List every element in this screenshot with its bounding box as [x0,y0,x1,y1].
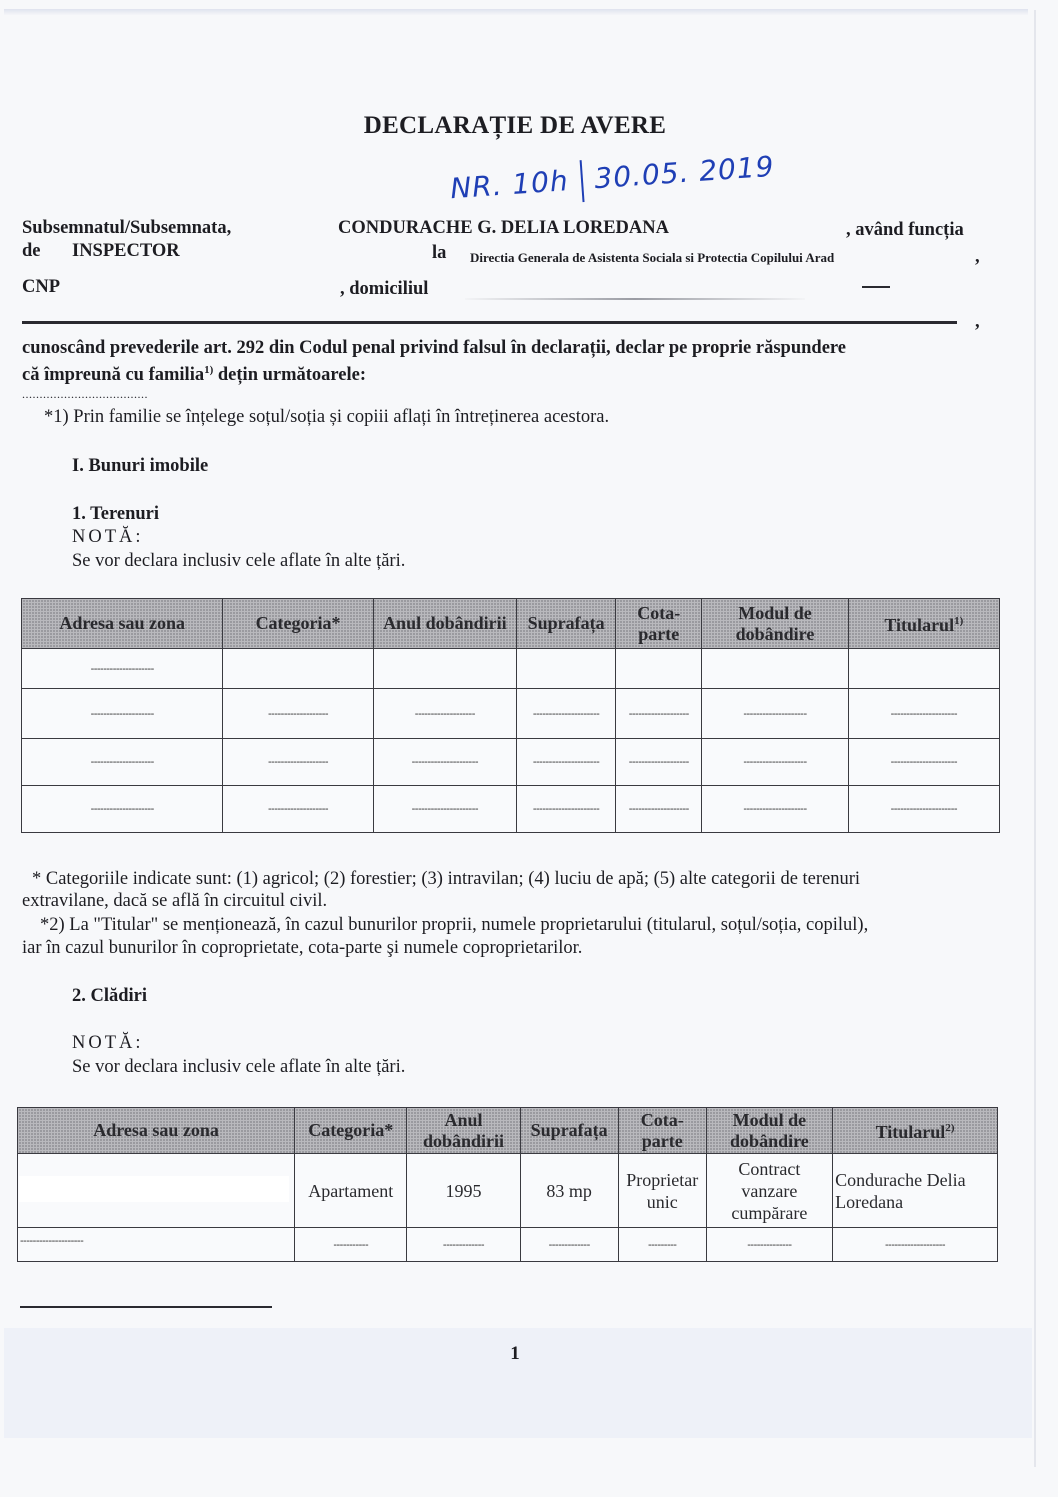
statement-line-1: cunoscând prevederile art. 292 din Codul… [22,337,846,359]
table-cell: -------------------- [22,649,223,689]
note-text: Se vor declara inclusiv cele aflate în a… [72,550,405,572]
col-owner: Titularul2) [833,1108,998,1154]
cell-value: 83 mp [546,1181,592,1201]
table-cell: --------------------- [373,739,516,786]
footnote-categories-cont: extravilane, dacă se află în circuitul c… [22,890,327,912]
function-value: INSPECTOR [72,241,180,262]
cell-value: --------------------- [533,708,599,720]
col-year: Anul dobândirii [407,1108,520,1154]
institution-name: Directia Generala de Asistenta Sociala s… [470,250,834,266]
table-cell: -------------------- [18,1228,295,1262]
cell-value: -------------- [747,1239,791,1251]
table-cell: ------------------- [616,739,702,786]
la-label: la [432,243,446,264]
cell-value: Proprietar unic [626,1170,698,1212]
table-cell: --------------------- [848,739,999,786]
cell-value: --------------------- [412,756,478,768]
cell-value: --------------------- [533,803,599,815]
cell-value: ------------------- [415,708,475,720]
land-table: Adresa sau zona Categoria* Anul dobândir… [21,598,1000,833]
cell-value: 1995 [445,1181,481,1201]
table-cell [848,649,999,689]
footnote-ref: 1) [954,615,963,627]
table-cell: -------------- [706,1228,832,1262]
col-area: Suprafața [516,599,615,649]
cell-value: ------------------- [629,756,689,768]
redacted-address [19,1176,289,1202]
table-cell: --------------------- [516,786,615,833]
cell-value: Condurache Delia Loredana [835,1170,965,1212]
col-address: Adresa sau zona [22,599,223,649]
table-cell: ------------------- [223,739,373,786]
cell-value: ------------------- [629,803,689,815]
table-cell: --------------------- [848,786,999,833]
cell-value: -------------------- [743,708,806,720]
statement-text: dețin următoarele: [213,365,366,385]
footnote-categories: * Categoriile indicate sunt: (1) agricol… [32,868,860,890]
col-share: Cota-parte [616,599,702,649]
cell-value: ------------------- [268,708,328,720]
cell-value: ------------- [549,1239,590,1251]
table-cell: 1995 [407,1154,520,1228]
col-acquisition: Modul de dobândire [706,1108,832,1154]
table-cell: ------------------- [223,689,373,739]
cell-value: -------------------- [91,756,154,768]
note-text: Se vor declara inclusiv cele aflate în a… [72,1056,405,1078]
note-label: NOTĂ: [72,1032,144,1054]
table-cell: -------------------- [702,739,848,786]
table-header-row: Adresa sau zona Categoria* Anul dobândir… [18,1108,998,1154]
table-cell [516,649,615,689]
table-row: ----------------------------------------… [22,786,1000,833]
de-label: de [22,241,41,262]
cell-value: ------------------- [629,708,689,720]
redacted-domicile [465,298,805,300]
cell-value: --------------------- [891,803,957,815]
table-cell: -------------------- [22,739,223,786]
cell-value: --------------------- [891,756,957,768]
table-cell [616,649,702,689]
cell-value: Contract vanzare cumpărare [731,1159,807,1223]
table-cell: ------------- [520,1228,618,1262]
col-address: Adresa sau zona [18,1108,295,1154]
page-number: 1 [0,1343,1030,1365]
cell-value: --------------------- [533,756,599,768]
col-share: Cota-parte [618,1108,706,1154]
table-cell [223,649,373,689]
subsection-heading-buildings: 2. Clădiri [72,985,147,1007]
table-cell: --------------------- [516,689,615,739]
cell-value: -------------------- [743,803,806,815]
table-row: ----------------------------------------… [22,689,1000,739]
table-cell: Contract vanzare cumpărare [706,1154,832,1228]
scan-top-edge [4,9,1028,15]
stamp-divider [579,160,584,202]
dotted-separator: .................................... [22,383,148,405]
table-row: -------------------- [22,649,1000,689]
table-cell: -------------------- [22,786,223,833]
cell-value: Apartament [308,1181,393,1201]
footnote-ref: 1) [204,364,213,376]
subsection-heading-land: 1. Terenuri [72,503,159,525]
col-year: Anul dobândirii [373,599,516,649]
col-area: Suprafața [520,1108,618,1154]
col-acquisition: Modul de dobândire [702,599,848,649]
table-cell: ------------------- [616,689,702,739]
cell-value: ------------- [443,1239,484,1251]
col-owner-label: Titularul [884,615,954,635]
registration-stamp: NR. 10h30.05. 2019 [449,147,776,212]
footnote-family: *1) Prin familie se înțelege soțul/soția… [44,406,609,428]
table-cell: ------------------- [223,786,373,833]
table-cell [373,649,516,689]
table-cell: 83 mp [520,1154,618,1228]
cell-value: ------------------- [268,756,328,768]
section-heading-immovable: I. Bunuri imobile [72,455,208,477]
col-category: Categoria* [295,1108,407,1154]
domicile-underline [22,321,957,324]
comma: , [975,247,980,268]
table-cell: ------------------- [616,786,702,833]
function-label: , având funcția [846,220,964,241]
cell-value: -------------------- [91,708,154,720]
document-title: DECLARAȚIE DE AVERE [0,112,1030,140]
col-owner: Titularul1) [848,599,999,649]
note-label: NOTĂ: [72,526,144,548]
declarant-label: Subsemnatul/Subsemnata, [22,218,231,239]
table-cell: Proprietar unic [618,1154,706,1228]
cell-value: --------------------- [412,803,478,815]
col-owner-label: Titularul [876,1122,946,1142]
table-cell: -------------------- [22,689,223,739]
cell-value: -------------------- [91,663,154,675]
table-row: ----------------------------------------… [18,1228,998,1262]
table-cell: ------------------- [373,689,516,739]
table-cell: ------------- [407,1228,520,1262]
registration-number: NR. 10h [449,164,570,205]
cell-value: -------------------- [743,756,806,768]
declarant-name: CONDURACHE G. DELIA LOREDANA [338,218,669,239]
table-row: ----------------------------------------… [22,739,1000,786]
table-cell: -------------------- [702,689,848,739]
table-cell: ------------------- [833,1228,998,1262]
cell-value: --------------------- [891,708,957,720]
footnote-separator [20,1306,272,1308]
cell-value: -------------------- [20,1235,83,1247]
mark [862,286,890,288]
cell-value: ------------------- [885,1239,945,1251]
table-cell: --------------------- [516,739,615,786]
cell-value: -------------------- [91,803,154,815]
cell-value: --------- [648,1239,676,1251]
footnote-titular: *2) La "Titular" se menționează, în cazu… [40,914,868,936]
registration-date: 30.05. 2019 [593,150,775,195]
footnote-ref: 2) [945,1122,954,1134]
table-header-row: Adresa sau zona Categoria* Anul dobândir… [22,599,1000,649]
scan-right-edge [1034,10,1036,1467]
table-cell: --------------------- [848,689,999,739]
table-cell: Apartament [295,1154,407,1228]
comma: , [975,312,980,333]
table-cell [702,649,848,689]
cell-value: ----------- [333,1239,368,1251]
table-cell: -------------------- [702,786,848,833]
table-cell: ----------- [295,1228,407,1262]
table-cell: Condurache Delia Loredana [833,1154,998,1228]
cnp-label: CNP [22,277,60,298]
col-category: Categoria* [223,599,373,649]
domicile-label: , domiciliul [340,279,428,300]
table-cell: --------- [618,1228,706,1262]
cell-value: ------------------- [268,803,328,815]
table-cell: --------------------- [373,786,516,833]
footnote-titular-cont: iar în cazul bunurilor în coproprietate,… [22,937,582,959]
